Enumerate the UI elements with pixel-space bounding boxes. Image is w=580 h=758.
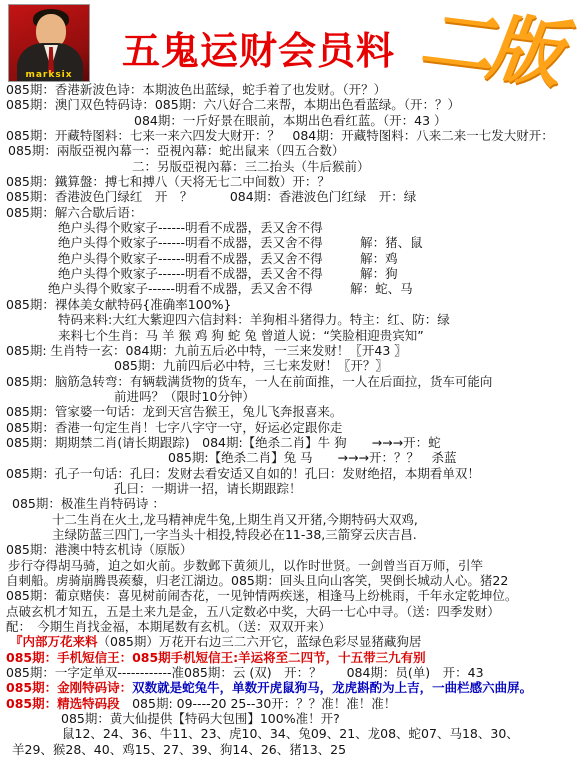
body-line: 085期：精选特码段 085期: 09----20 25--30开：？？准！准！… — [6, 696, 578, 711]
body-line: 前进吗？（限时10分钟） — [6, 389, 578, 404]
edition-badge: 二版 — [416, 2, 560, 92]
body-line: 085期：葡京赌侠：喜见树前闹杏花，一见钟情两疾迷，相逢马上纷桃雨，千年永定乾坤… — [6, 588, 578, 603]
text-segment: 来料七个生肖：马 羊 猴 鸡 狗 蛇 兔 曾道人说：“笑脸相迎贵宾知” — [58, 328, 424, 343]
text-segment: 085期：鐵算盤：搏七和搏八（天将无七二中间数）开：？ — [6, 174, 330, 189]
portrait-photo: marksix — [8, 4, 90, 82]
body-line: 085期：孔子一句话：孔曰：发财去看安适又自如的！孔曰：发财绝招，本期看单双！ — [6, 466, 578, 481]
body-line: 绝户头得个败家子------明看不成器，丢又舍不得 解：狗 — [6, 266, 578, 281]
text-segment: 双数就是蛇兔牛，单数开虎鼠狗马，龙虎斟酌为上吉，一曲栏感六曲屏。 — [132, 680, 532, 695]
body-line: 084期：一斤好景在眼前，本期出色看红蓝。（开：43 ） — [6, 113, 578, 128]
text-segment: 绝户头得个败家子------明看不成器，丢又舍不得 解：狗 — [58, 266, 398, 281]
body-line: 085期：香港新波色诗：本期波色出蓝绿，蛇手着了也发财。（开？） — [6, 82, 578, 97]
body-line: 自刺船。虏骑崩腾畏蒺藜，归老江湖边。085期：回头且向山客笑，哭倒长城动人心。猪… — [6, 573, 578, 588]
text-segment: 085期：裸体美女献特码{准确率100%} — [6, 297, 232, 312]
text-segment: 085期：澳门双色特码诗：085期：六八好合二来帮，本期出色看蓝绿。（开：？） — [6, 97, 460, 112]
text-segment: 085期：葡京赌侠：喜见树前闹杏花，一见钟情两疾迷，相逢马上纷桃雨，千年永定乾坤… — [6, 588, 517, 603]
body-line: 步行夺得胡马骑，迫之如火前。步数邺下黄须儿，以作时世贤。一剑曾当百万师，引竿 — [6, 558, 578, 573]
text-segment: 配： 今期生肖找金福，本期尾数有玄机。（送：双双开来） — [6, 619, 331, 634]
text-segment: 085期：黄大仙提供【特码大包围】100%准！开? — [61, 711, 340, 726]
body-line: 085期：极准生肖特码诗 ： — [6, 496, 578, 511]
body-line: 主绿防蓝三四门,一字当头十相投,特段必在11-38,三箭穿云庆吉昌. — [6, 527, 578, 542]
text-segment: 085期：香港波色门绿红 开 ？ 084期：香港波色门红绿 开：绿 — [6, 189, 416, 204]
text-segment: 085期：手机短信王：085期手机短信王:羊运将至二四节，十五带三九有别 — [6, 650, 426, 665]
text-segment: 自刺船。虏骑崩腾畏蒺藜，归老江湖边。085期：回头且向山客笑，哭倒长城动人心。猪… — [6, 573, 508, 588]
body-line: 085期：澳门双色特码诗：085期：六八好合二来帮，本期出色看蓝绿。（开：？） — [6, 97, 578, 112]
body-line: 085期：黄大仙提供【特码大包围】100%准！开? — [6, 711, 578, 726]
body-line: 085期：鐵算盤：搏七和搏八（天将无七二中间数）开：？ — [6, 174, 578, 189]
page-title: 五鬼运财会员料 — [122, 20, 412, 75]
text-segment: 085期：开藏特图料：七来一来六四发大财开：？ 084期：开藏特图料：八来二来一… — [6, 128, 554, 143]
body-line: 085期：管家婆一句话：龙到天宫告猴王，兔儿飞奔报喜来。 — [6, 404, 578, 419]
text-segment: 羊29、猴28、40、鸡15、27、39、狗14、26、猪13、25 — [12, 742, 346, 757]
body-line: 085期：香港波色门绿红 开 ？ 084期：香港波色门红绿 开：绿 — [6, 189, 578, 204]
body-line: 085期：九前四后必中特，三七来发财！〖开？〗 — [6, 358, 578, 373]
text-segment: （085期）万花开右边三二六开它，蓝绿色彩尽显猪藏狗居 — [98, 634, 422, 649]
body-line: 085期：手机短信王：085期手机短信王:羊运将至二四节，十五带三九有别 — [6, 650, 578, 665]
text-segment: 绝户头得个败家子------明看不成器，丢又舍不得 解：猪、鼠 — [58, 235, 423, 250]
body-line: 085期：期期禁二肖(请长期跟踪) 084期:【绝杀二肖】牛 狗 →→→开：蛇 — [6, 435, 578, 450]
body-line: 085期：解六合歇后语： — [6, 205, 578, 220]
body-line: 点破玄机才知五，五是土来九是金，五八定数必中奖，大码一七心中寻。（送：四季发财） — [6, 604, 578, 619]
text-segment: 主绿防蓝三四门,一字当头十相投,特段必在11-38,三箭穿云庆吉昌. — [52, 527, 417, 542]
text-segment: 085期：香港一句定生肖！七字八字守一守，好运必定跟你走 — [6, 420, 342, 435]
text-segment: 085期：脑筋急转弯：有辆载满货物的货车，一人在前面推，一人在后面拉，货车可能向 — [6, 374, 492, 389]
body-line: 绝户头得个败家子------明看不成器，丢又舍不得 解：蛇、马 — [6, 281, 578, 296]
text-segment: 绝户头得个败家子------明看不成器，丢又舍不得 — [58, 220, 323, 235]
text-segment: 085期: 09----20 25--30开：？？准！准！准！ — [120, 696, 397, 711]
body-line: 孔曰：一期讲一招，请长期跟踪！ — [6, 481, 578, 496]
text-segment: 085期：港澳中特玄机诗（原版） — [6, 542, 192, 557]
photo-caption: marksix — [9, 70, 89, 80]
body-line: 085期：脑筋急转弯：有辆载满货物的货车，一人在前面推，一人在后面拉，货车可能向 — [6, 374, 578, 389]
text-segment: 特码来料:大红大紫迎四六信封料：羊狗相斗猪得力。特主：红、防：绿 — [58, 312, 450, 327]
body-line: 085期：开藏特图料：七来一来六四发大财开：？ 084期：开藏特图料：八来二来一… — [6, 128, 578, 143]
body-line: 绝户头得个败家子------明看不成器，丢又舍不得 解：鸡 — [6, 251, 578, 266]
text-segment: 085期：期期禁二肖(请长期跟踪) 084期:【绝杀二肖】牛 狗 →→→开：蛇 — [6, 435, 441, 450]
text-segment: 步行夺得胡马骑，迫之如火前。步数邺下黄须儿，以作时世贤。一剑曾当百万师，引竿 — [8, 558, 483, 573]
text-segment: 085期：极准生肖特码诗 ： — [12, 496, 165, 511]
body-line: 特码来料:大红大紫迎四六信封料：羊狗相斗猪得力。特主：红、防：绿 — [6, 312, 578, 327]
body-line: 配： 今期生肖找金福，本期尾数有玄机。（送：双双开来） — [6, 619, 578, 634]
text-segment: 085期：孔子一句话：孔曰：发财去看安适又自如的！孔曰：发财绝招，本期看单双！ — [6, 466, 480, 481]
body-line: 085期: 生肖特一玄：084期：九前五后必中特，一三来发财！〖开43 〗 — [6, 343, 578, 358]
body-line: 十二生肖在火土,龙马精神虎牛兔,上期生肖又开猪,今期特码大双鸡, — [6, 512, 578, 527]
text-segment: 085期: 生肖特一玄：084期：九前五后必中特，一三来发财！〖开43 〗 — [6, 343, 407, 358]
text-segment: 『内部万花来料 — [10, 634, 98, 649]
text-segment: 十二生肖在火土,龙马精神虎牛兔,上期生肖又开猪,今期特码大双鸡, — [52, 512, 418, 527]
body-line: 绝户头得个败家子------明看不成器，丢又舍不得 — [6, 220, 578, 235]
body-line: 羊29、猴28、40、鸡15、27、39、狗14、26、猪13、25 — [6, 742, 578, 757]
text-segment: 二：另版亞視內幕：三二抬头（牛后猴前） — [132, 159, 370, 174]
text-segment: 084期：一斤好景在眼前，本期出色看红蓝。（开：43 ） — [134, 113, 447, 128]
text-segment: 绝户头得个败家子------明看不成器，丢又舍不得 解：蛇、马 — [48, 281, 413, 296]
body-line: 085期：一字定单双------------准085期：云 (双) 开：？ 08… — [6, 665, 578, 680]
text-segment: 绝户头得个败家子------明看不成器，丢又舍不得 解：鸡 — [58, 251, 398, 266]
body-lines: 085期：香港新波色诗：本期波色出蓝绿，蛇手着了也发财。（开？）085期：澳门双… — [6, 82, 578, 757]
tip-sheet-page: marksix 五鬼运财会员料 二版 085期：香港新波色诗：本期波色出蓝绿，蛇… — [0, 0, 580, 758]
body-line: 鼠12、24、36、牛11、23、虎10、34、兔09、21、龙08、蛇07、马… — [6, 726, 578, 741]
text-segment: 085期：香港新波色诗：本期波色出蓝绿，蛇手着了也发财。（开？） — [6, 82, 386, 97]
body-line: 绝户头得个败家子------明看不成器，丢又舍不得 解：猪、鼠 — [6, 235, 578, 250]
body-line: 085期:【绝杀二肖】兔 马 →→→开：？？ 杀蓝 — [6, 450, 578, 465]
body-line: 『内部万花来料（085期）万花开右边三二六开它，蓝绿色彩尽显猪藏狗居 — [6, 634, 578, 649]
text-segment: 085期：金刚特码诗： — [6, 680, 132, 695]
text-segment: 前进吗？（限时10分钟） — [114, 389, 255, 404]
text-segment: 085期：解六合歇后语： — [6, 205, 142, 220]
body-line: 085期：兩版亞視內幕一：亞視內幕：蛇出鼠来（四五合数） — [6, 143, 578, 158]
text-segment: 鼠12、24、36、牛11、23、虎10、34、兔09、21、龙08、蛇07、马… — [62, 726, 519, 741]
text-segment: 点破玄机才知五，五是土来九是金，五八定数必中奖，大码一七心中寻。（送：四季发财） — [6, 604, 500, 619]
text-segment: 085期：一字定单双------------准085期：云 (双) 开：？ 08… — [6, 665, 484, 680]
body-line: 085期：裸体美女献特码{准确率100%} — [6, 297, 578, 312]
text-segment: 085期:【绝杀二肖】兔 马 →→→开：？？ 杀蓝 — [168, 450, 456, 465]
body-line: 085期：金刚特码诗：双数就是蛇兔牛，单数开虎鼠狗马，龙虎斟酌为上吉，一曲栏感六… — [6, 680, 578, 695]
body-line: 085期：港澳中特玄机诗（原版） — [6, 542, 578, 557]
body-line: 二：另版亞視內幕：三二抬头（牛后猴前） — [6, 159, 578, 174]
body-line: 来料七个生肖：马 羊 猴 鸡 狗 蛇 兔 曾道人说：“笑脸相迎贵宾知” — [6, 328, 578, 343]
text-segment: 085期：管家婆一句话：龙到天宫告猴王，兔儿飞奔报喜来。 — [6, 404, 342, 419]
body-line: 085期：香港一句定生肖！七字八字守一守，好运必定跟你走 — [6, 420, 578, 435]
text-segment: 085期：精选特码段 — [6, 696, 120, 711]
text-segment: 085期：九前四后必中特，三七来发财！〖开？〗 — [114, 358, 388, 373]
text-segment: 孔曰：一期讲一招，请长期跟踪！ — [114, 481, 302, 496]
text-segment: 085期：兩版亞視內幕一：亞視內幕：蛇出鼠来（四五合数） — [8, 143, 344, 158]
